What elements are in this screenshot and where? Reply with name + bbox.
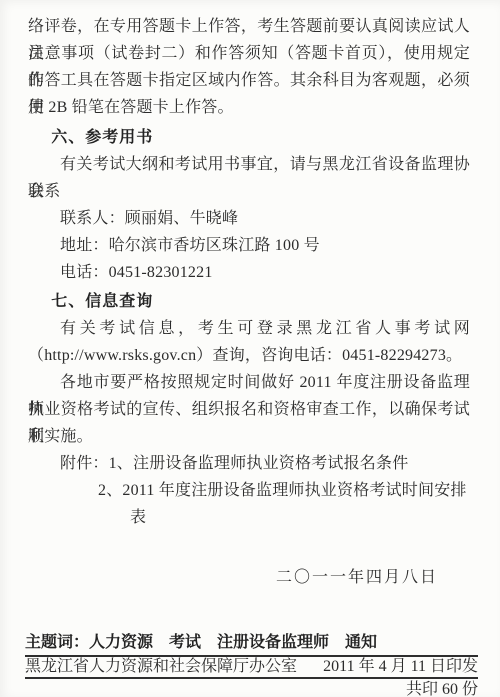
section-heading-information-inquiry: 七、信息查询 xyxy=(51,288,470,315)
implementation-paragraph-line: 执业资格考试的宣传、组织报名和资格审查工作，以确保考试顺 xyxy=(28,396,470,423)
signature-date: 二〇一一年四月八日 xyxy=(28,564,470,591)
print-copies: 共印 60 份 xyxy=(25,679,478,697)
attachment-item-2: 2、2011 年度注册设备监理师执业资格考试时间安排 xyxy=(98,477,470,504)
attachment-item-2-continued: 表 xyxy=(130,504,470,531)
section-heading-reference-books: 六、参考用书 xyxy=(51,124,470,151)
print-date: 2011 年 4 月 11 日印发 xyxy=(323,657,478,676)
attachment-item-1: 附件：1、注册设备监理师执业资格考试报名条件 xyxy=(28,450,470,477)
subject-label: 主题词： xyxy=(25,634,89,651)
intro-paragraph-line: 络评卷，在专用答题卡上作答，考生答题前要认真阅读应试人员 xyxy=(28,13,470,40)
implementation-paragraph-line: 各地市要严格按照规定时间做好 2011 年度注册设备监理师 xyxy=(28,369,470,396)
subject-terms: 人力资源 考试 注册设备监理师 通知 xyxy=(89,634,377,651)
reference-paragraph-line: 联系 xyxy=(28,178,470,205)
issuer-row: 黑龙江省人力资源和社会保障厅办公室 2011 年 4 月 11 日印发 xyxy=(25,657,478,679)
reference-paragraph-line: 有关考试大纲和考试用书事宜，请与黑龙江省设备监理协会 xyxy=(28,151,470,178)
scanned-notice-page: 络评卷，在专用答题卡上作答，考生答题前要认真阅读应试人员 注意事项（试卷封二）和… xyxy=(0,0,500,697)
phone-line: 电话：0451-82301221 xyxy=(28,259,470,286)
document-footer: 主题词：人力资源 考试 注册设备监理师 通知 黑龙江省人力资源和社会保障厅办公室… xyxy=(25,632,478,697)
intro-paragraph-line: 注意事项（试卷封二）和作答须知（答题卡首页），使用规定的 xyxy=(28,40,470,67)
inquiry-paragraph-line: 有关考试信息，考生可登录黑龙江省人事考试网 xyxy=(28,315,470,342)
implementation-paragraph-line: 利实施。 xyxy=(28,423,470,450)
issuing-office: 黑龙江省人力资源和社会保障厅办公室 xyxy=(25,657,297,676)
subject-keywords-row: 主题词：人力资源 考试 注册设备监理师 通知 xyxy=(25,632,478,657)
intro-paragraph-line: 作答工具在答题卡指定区域内作答。其余科目为客观题，必须使 xyxy=(28,67,470,94)
address-line: 地址：哈尔滨市香坊区珠江路 100 号 xyxy=(28,232,470,259)
intro-paragraph-line: 用 2B 铅笔在答题卡上作答。 xyxy=(28,94,470,121)
contact-person-line: 联系人：顾丽娟、牛晓峰 xyxy=(28,205,470,232)
document-body: 络评卷，在专用答题卡上作答，考生答题前要认真阅读应试人员 注意事项（试卷封二）和… xyxy=(0,0,500,591)
inquiry-website-line: （http://www.rsks.gov.cn）查询，咨询电话：0451-822… xyxy=(28,342,470,369)
